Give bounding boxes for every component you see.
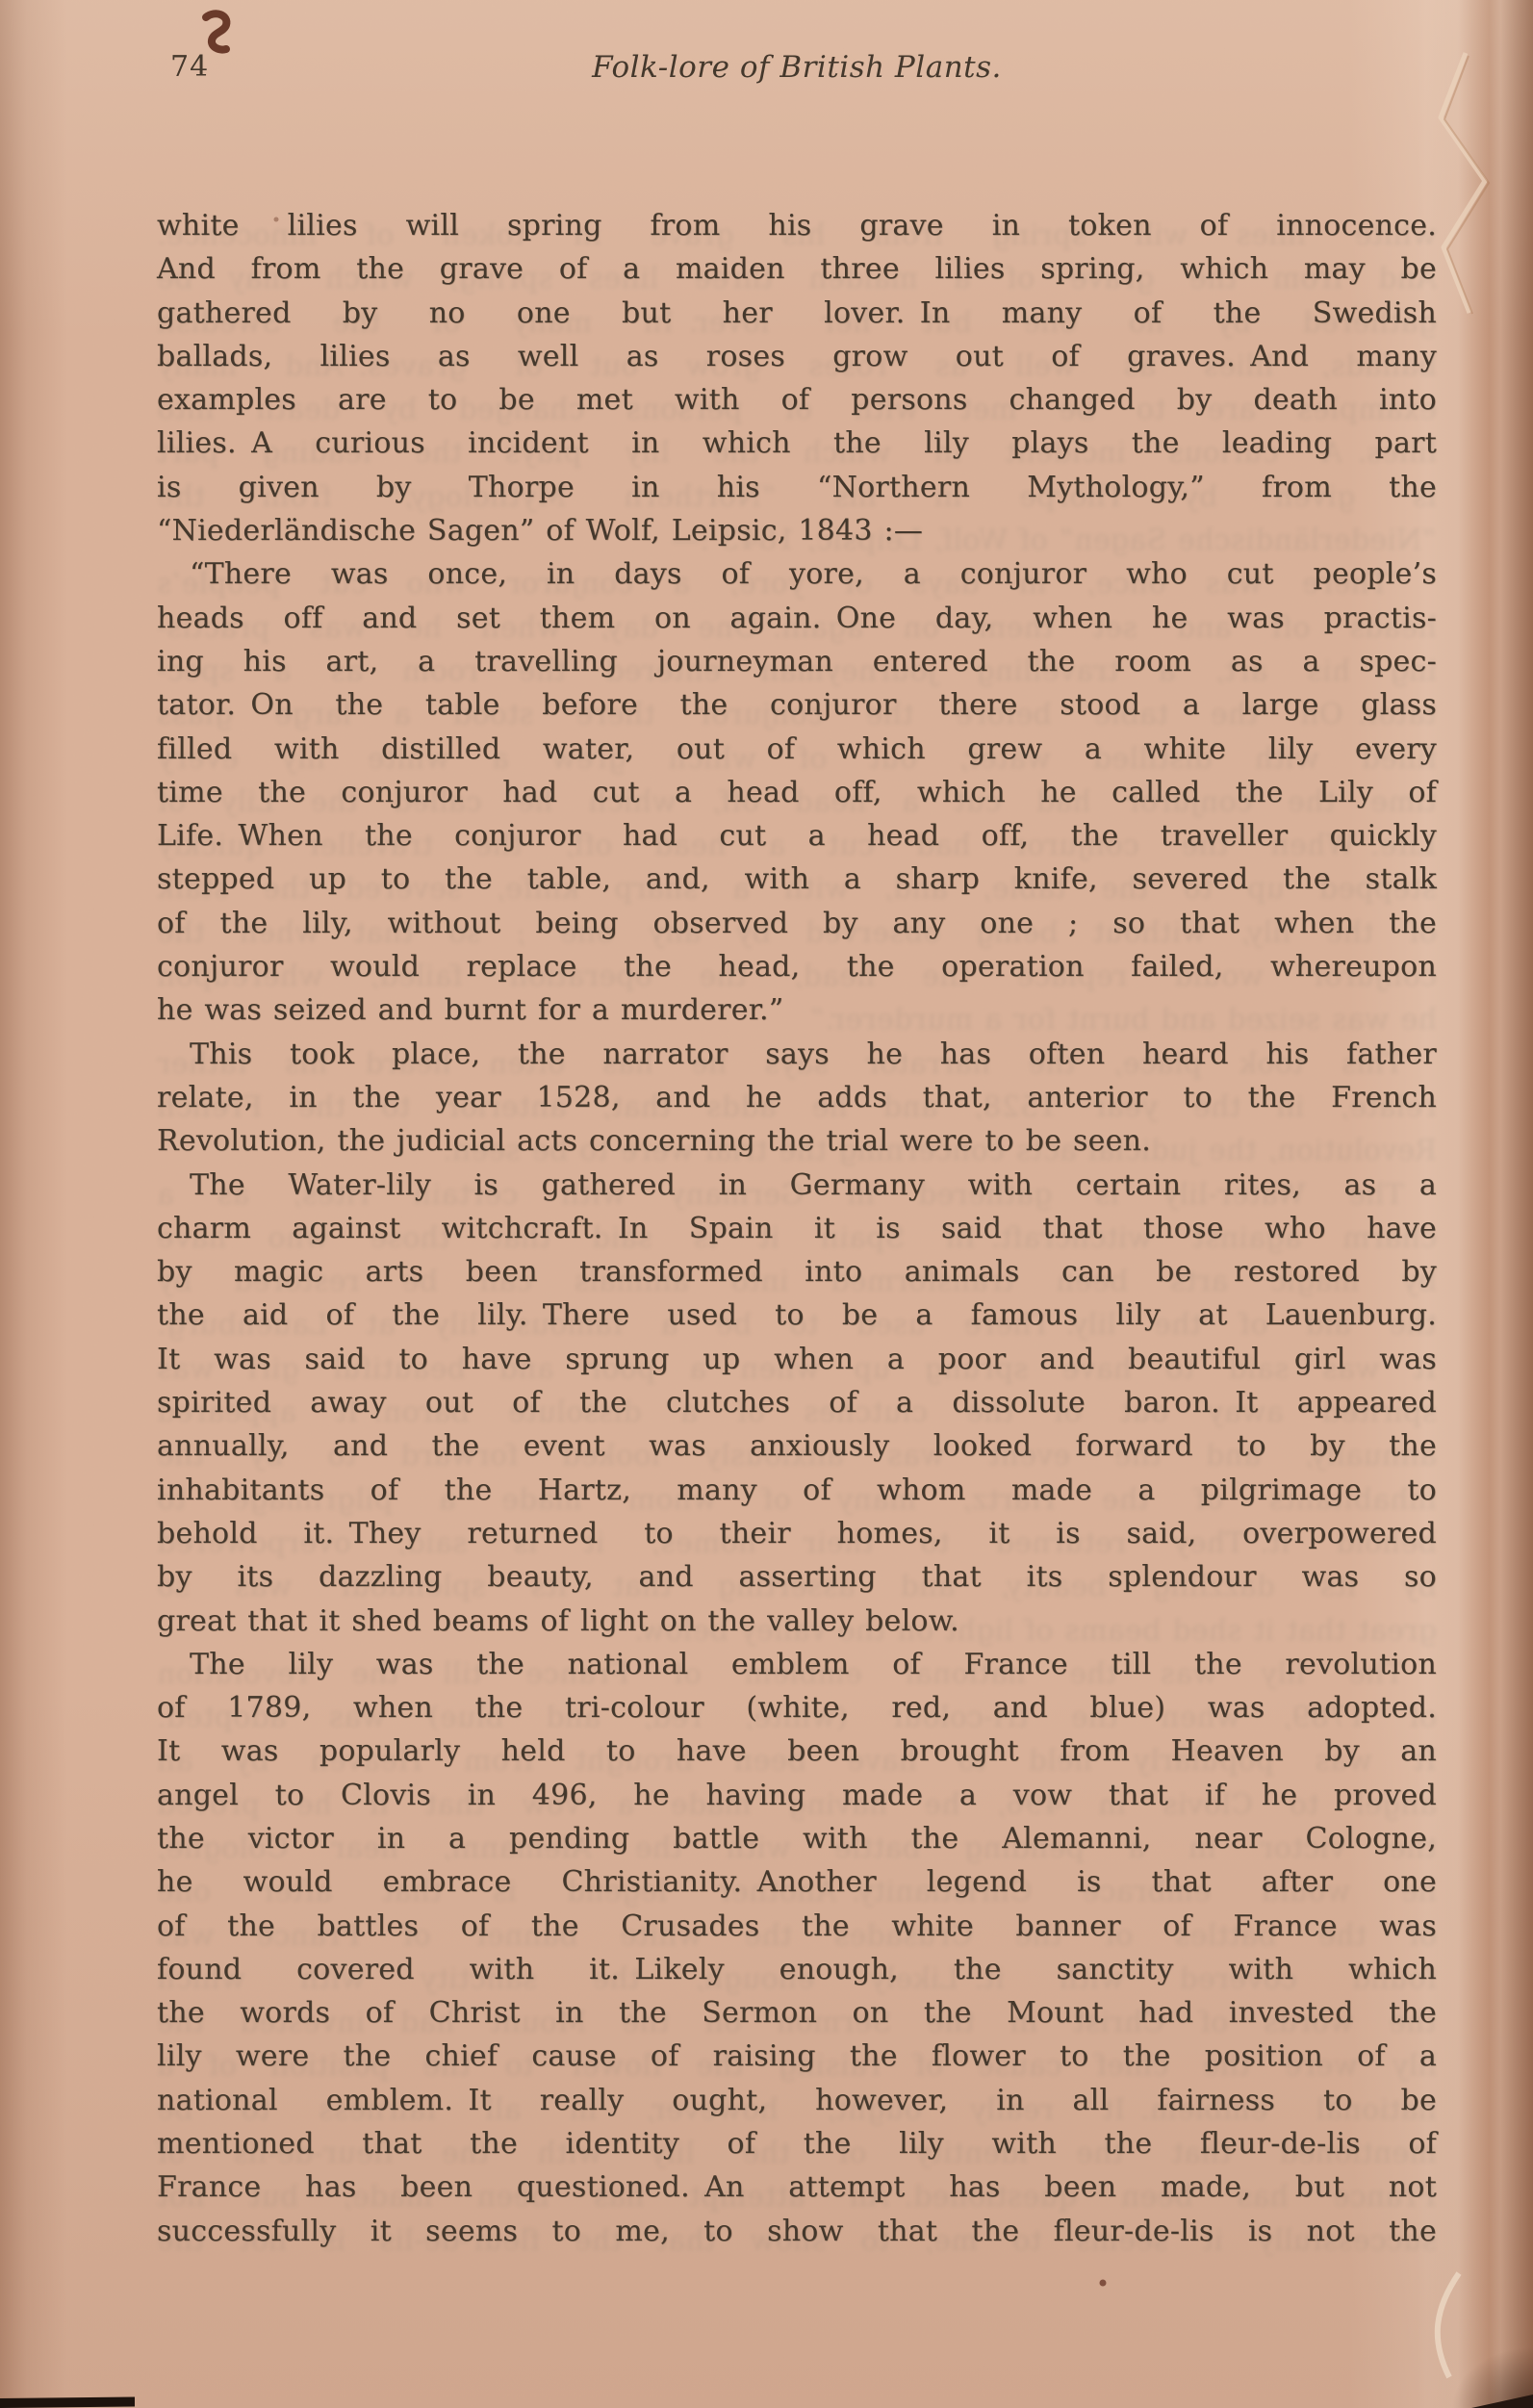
text-line: is given by Thorpe in his “Northern Myth… [157, 466, 1437, 509]
text-line: “There was once, in days of yore, a conj… [157, 552, 1437, 596]
paragraph: The Water-lily is gathered in Germany wi… [157, 1164, 1437, 1643]
text-line: ing his art, a travelling journeyman ent… [157, 640, 1437, 683]
text-line: tator. On the table before the conjuror … [157, 683, 1437, 727]
running-header: Folk-lore of British Plants. [157, 50, 1437, 85]
text-line: heads off and set them on again. One day… [157, 597, 1437, 640]
text-line: of the battles of the Crusades the white… [157, 1905, 1437, 1948]
text-line: stepped up to the table, and, with a sha… [157, 858, 1437, 901]
text-line: time the conjuror had cut a head off, wh… [157, 771, 1437, 814]
text-line: national emblem. It really ought, howeve… [157, 2079, 1437, 2122]
text-line: charm against witchcraft. In Spain it is… [157, 1207, 1437, 1250]
text-line: white lilies will spring from his grave … [157, 204, 1437, 247]
text-line: annually, and the event was anxiously lo… [157, 1424, 1437, 1468]
text-line: gathered by no one but her lover. In man… [157, 292, 1437, 335]
text-line: And from the grave of a maiden three lil… [157, 247, 1437, 291]
text-line: relate, in the year 1528, and he adds th… [157, 1076, 1437, 1119]
text-line: The lily was the national emblem of Fran… [157, 1643, 1437, 1686]
text-line: inhabitants of the Hartz, many of whom m… [157, 1469, 1437, 1512]
pen-mark [206, 13, 226, 49]
text-line: ballads, lilies as well as roses grow ou… [157, 335, 1437, 378]
bottom-edge-dark-right [1471, 2395, 1533, 2408]
ink-dot [1100, 2280, 1107, 2287]
text-line: The Water-lily is gathered in Germany wi… [157, 1164, 1437, 1207]
book-page: white lilies will spring from his grave … [0, 0, 1533, 2408]
page-header: 74 Folk-lore of British Plants. [157, 50, 1437, 94]
text-line: great that it shed beams of light on the… [157, 1600, 1437, 1643]
text-line: found covered with it. Likely enough, th… [157, 1948, 1437, 1991]
text-line: mentioned that the identity of the lily … [157, 2122, 1437, 2165]
paragraph: This took place, the narrator says he ha… [157, 1033, 1437, 1164]
text-line: by magic arts been transformed into anim… [157, 1250, 1437, 1294]
bottom-right-shadow [1369, 2273, 1533, 2408]
page-number: 74 [170, 50, 209, 84]
text-line: This took place, the narrator says he ha… [157, 1033, 1437, 1076]
text-line: France has been questioned. An attempt h… [157, 2165, 1437, 2209]
paragraph: The lily was the national emblem of Fran… [157, 1643, 1437, 2253]
text-line: examples are to be met with of persons c… [157, 378, 1437, 422]
text-line: behold it. They returned to their homes,… [157, 1512, 1437, 1555]
text-line: the aid of the lily. There used to be a … [157, 1294, 1437, 1337]
text-line: lilies. A curious incident in which the … [157, 422, 1437, 465]
text-line: successfully it seems to me, to show tha… [157, 2210, 1437, 2253]
bottom-edge-dark-left [0, 2397, 135, 2408]
tear-crease-top-right [1441, 53, 1489, 314]
scratch-mark-bottom-right [1438, 2273, 1459, 2377]
scanned-book-photo: { "page": { "number": "74", "header_titl… [0, 0, 1533, 2408]
text-line: the words of Christ in the Sermon on the… [157, 1991, 1437, 2035]
text-line: Life. When the conjuror had cut a head o… [157, 814, 1437, 858]
text-column: white lilies will spring from his grave … [157, 204, 1437, 2253]
text-line: It was said to have sprung up when a poo… [157, 1338, 1437, 1381]
paragraph: white lilies will spring from his grave … [157, 204, 1437, 552]
text-line: the victor in a pending battle with the … [157, 1817, 1437, 1860]
text-line: Revolution, the judicial acts concerning… [157, 1119, 1437, 1163]
text-line: he would embrace Christianity. Another l… [157, 1860, 1437, 1904]
text-line: filled with distilled water, out of whic… [157, 728, 1437, 771]
text-line: lily were the chief cause of raising the… [157, 2035, 1437, 2078]
text-line: of the lily, without being observed by a… [157, 902, 1437, 945]
text-line: spirited away out of the clutches of a d… [157, 1381, 1437, 1424]
text-line: angel to Clovis in 496, he having made a… [157, 1774, 1437, 1817]
text-line: by its dazzling beauty, and asserting th… [157, 1555, 1437, 1599]
paragraph: “There was once, in days of yore, a conj… [157, 552, 1437, 1032]
text-line: conjuror would replace the head, the ope… [157, 945, 1437, 988]
text-line: of 1789, when the tri-colour (white, red… [157, 1686, 1437, 1729]
text-line: It was popularly held to have been broug… [157, 1729, 1437, 1773]
text-line: “Niederländische Sagen” of Wolf, Leipsic… [157, 509, 1437, 552]
text-line: he was seized and burnt for a murderer.” [157, 988, 1437, 1032]
